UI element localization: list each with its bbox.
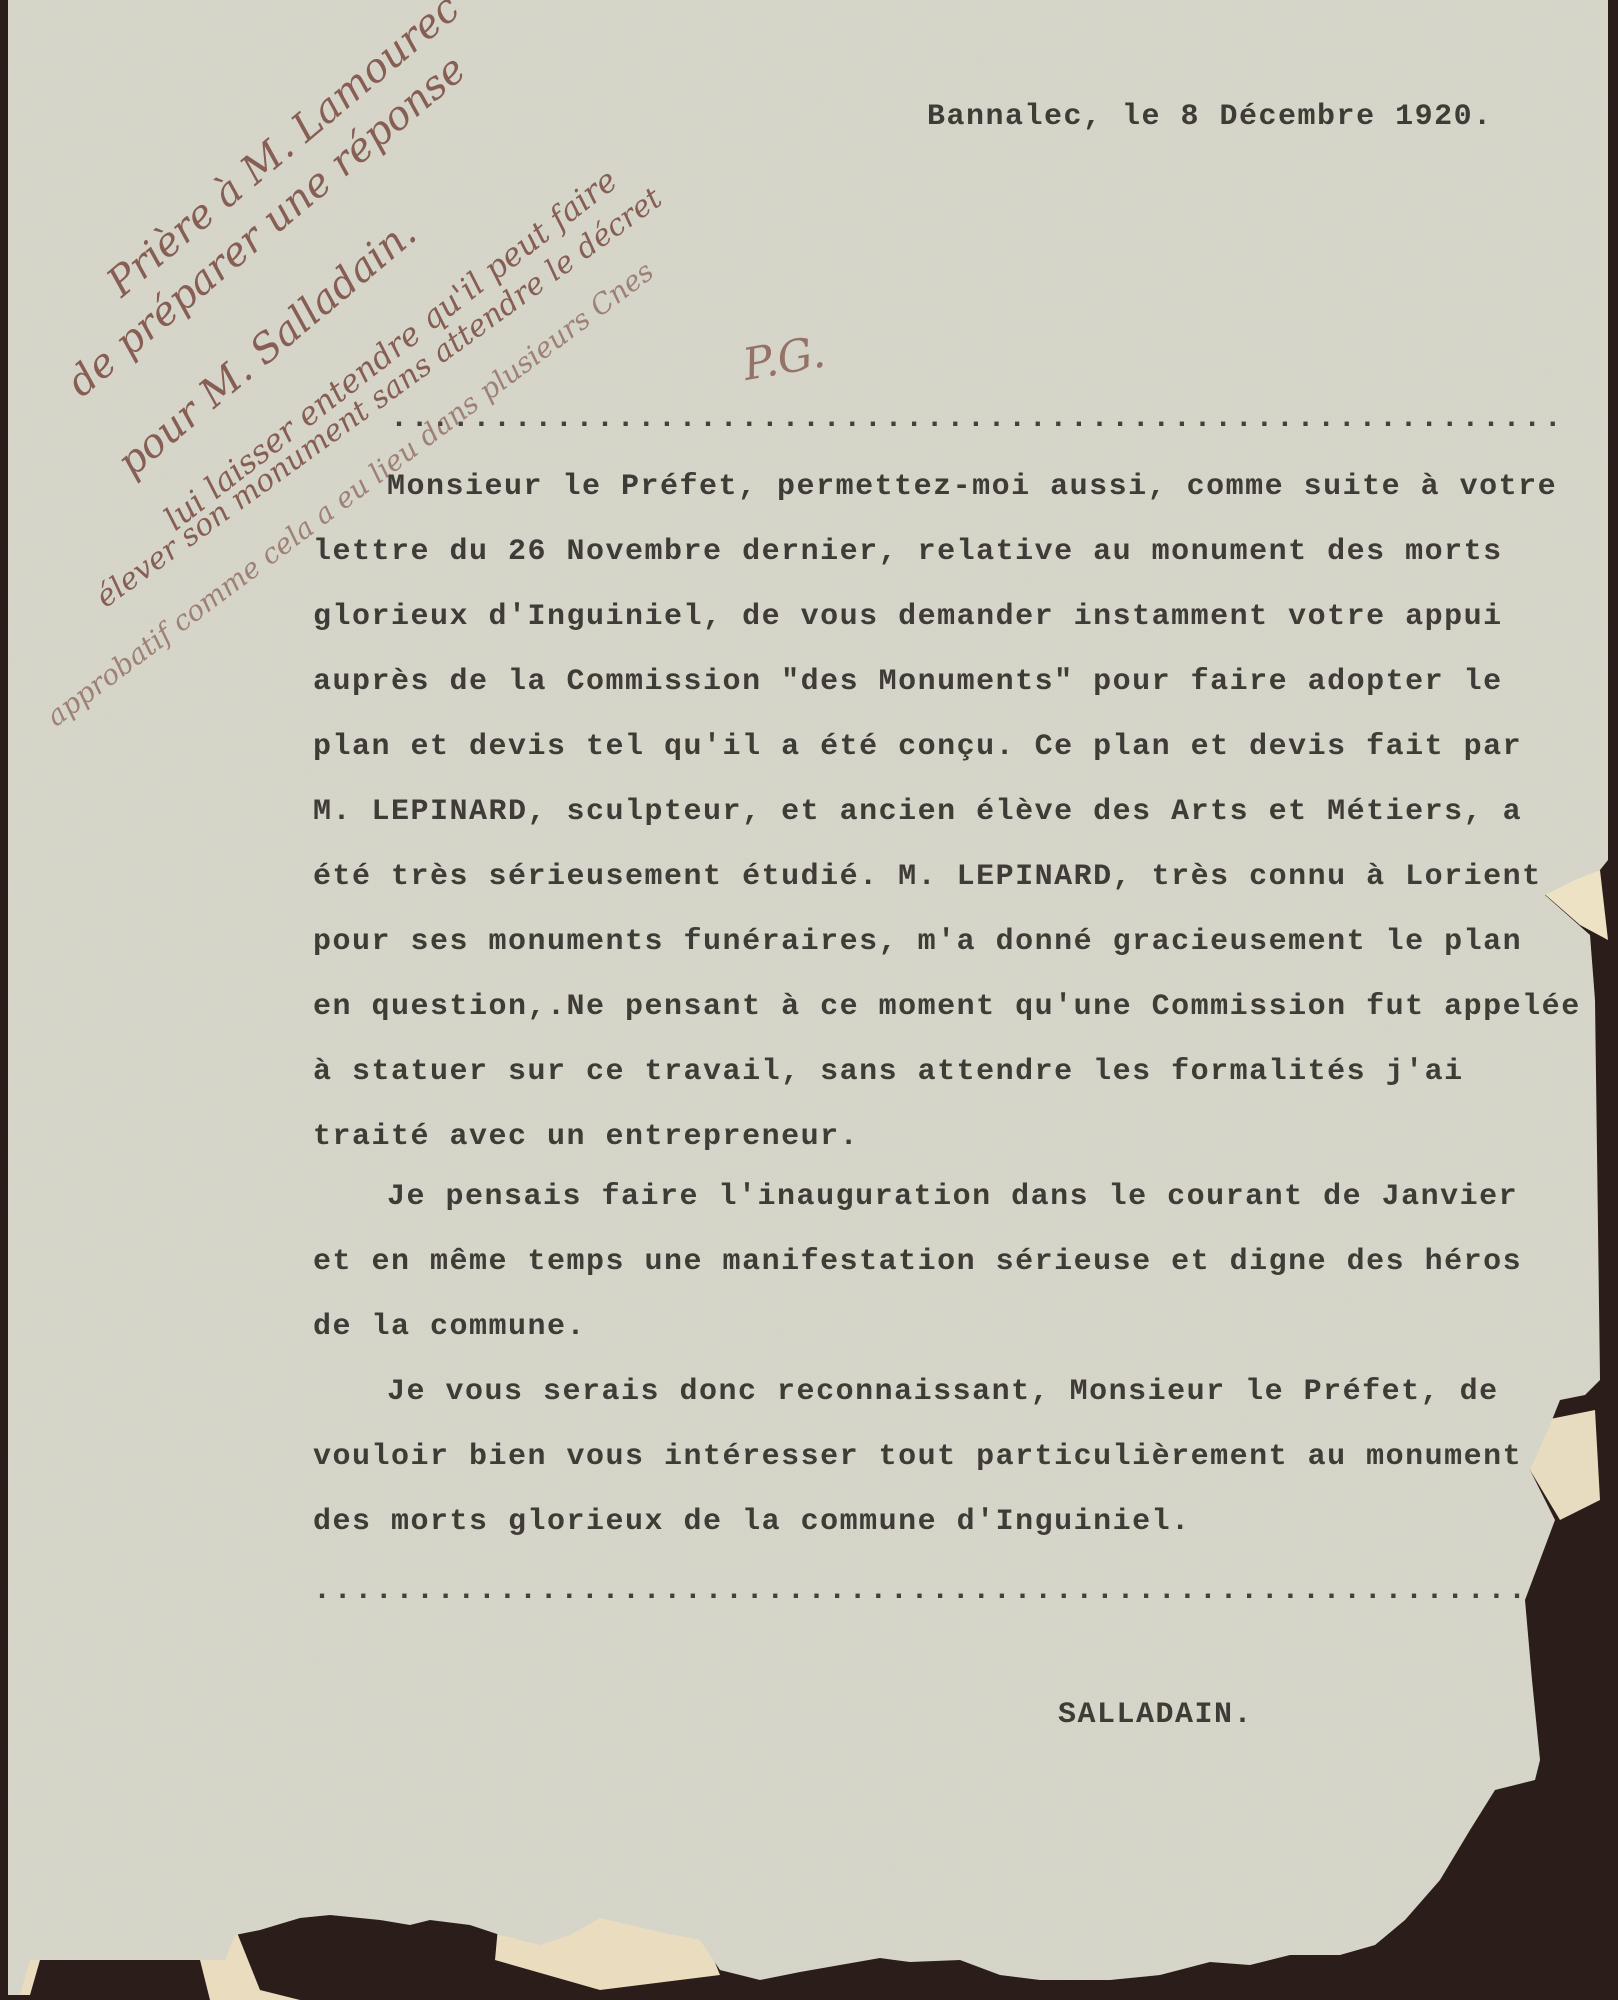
text-line: auprès de la Commission "des Monuments" … <box>313 665 1503 699</box>
text-line: en question,.Ne pensant à ce moment qu'u… <box>313 990 1581 1024</box>
text-line: Je pensais faire l'inauguration dans le … <box>387 1180 1518 1214</box>
text-line: glorieux d'Inguiniel, de vous demander i… <box>313 600 1503 634</box>
text-line: M. LEPINARD, sculpteur, et ancien élève … <box>313 795 1522 829</box>
text-line: vouloir bien vous intéresser tout partic… <box>313 1440 1522 1474</box>
text-line: lettre du 26 Novembre dernier, relative … <box>313 535 1503 569</box>
separator-bottom: ........................................… <box>313 1574 1545 1608</box>
text-line: à statuer sur ce travail, sans attendre … <box>313 1055 1464 1089</box>
text-line: pour ses monuments funéraires, m'a donné… <box>313 925 1522 959</box>
text-line: et en même temps une manifestation série… <box>313 1245 1522 1279</box>
text-line: été très sérieusement étudié. M. LEPINAR… <box>313 860 1542 894</box>
text-line: traité avec un entrepreneur. <box>313 1120 859 1154</box>
text-line: des morts glorieux de la commune d'Ingui… <box>313 1505 1191 1539</box>
text-line: Monsieur le Préfet, permettez-moi aussi,… <box>387 470 1557 504</box>
signature: SALLADAIN. <box>1058 1698 1253 1732</box>
place-date: Bannalec, le 8 Décembre 1920. <box>927 100 1493 134</box>
text-line: plan et devis tel qu'il a été conçu. Ce … <box>313 730 1522 764</box>
text-line: de la commune. <box>313 1310 586 1344</box>
separator-top: ........................................… <box>390 402 1565 436</box>
text-line: Je vous serais donc reconnaissant, Monsi… <box>387 1375 1499 1409</box>
